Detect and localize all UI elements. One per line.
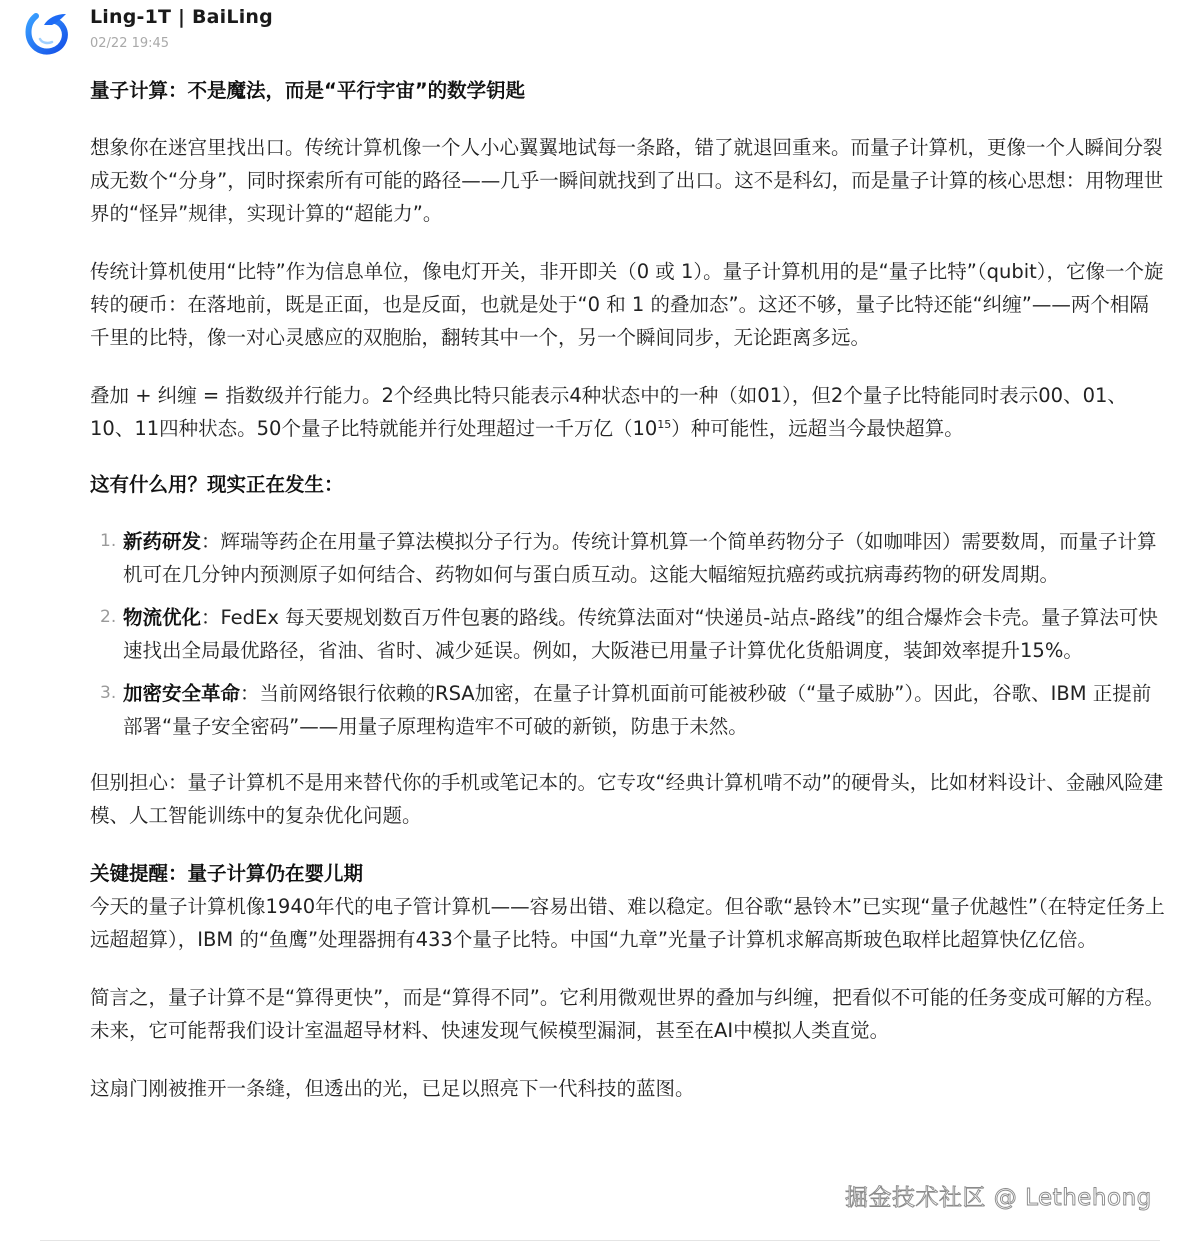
list-number: 3. [100, 677, 116, 710]
list-item-text: ：FedEx 每天要规划数百万件包裹的路线。传统算法面对“快递员-站点-路线”的… [123, 606, 1158, 662]
avatar[interactable] [22, 6, 72, 56]
summary-paragraph: 简言之，量子计算不是“算得更快”，而是“算得不同”。它利用微观世界的叠加与纠缠，… [90, 981, 1165, 1047]
watermark: 掘金技术社区 @ Lethehong [845, 1180, 1152, 1216]
list-item-title: 加密安全革命 [123, 682, 240, 705]
parallel-text-after: ）种可能性，远超当今最快超算。 [671, 417, 964, 440]
infancy-paragraph: 今天的量子计算机像1940年代的电子管计算机——容易出错、难以稳定。但谷歌“悬铃… [90, 890, 1165, 956]
list-item-title: 新药研发 [123, 530, 201, 553]
exponent: 15 [657, 418, 671, 431]
list-item-drug-discovery: 1. 新药研发：辉瑞等药企在用量子算法模拟分子行为。传统计算机算一个简单药物分子… [90, 525, 1165, 591]
message-header: Ling-1T | BaiLing 02/22 19:45 [90, 4, 273, 53]
list-item-logistics: 2. 物流优化：FedEx 每天要规划数百万件包裹的路线。传统算法面对“快递员-… [90, 601, 1165, 667]
list-item-title: 物流优化 [123, 606, 201, 629]
divider [40, 1240, 1160, 1241]
dont-worry-paragraph: 但别担心：量子计算机不是用来替代你的手机或笔记本的。它专攻“经典计算机啃不动”的… [90, 766, 1165, 832]
bailing-logo-icon [22, 6, 72, 56]
list-item-text: ：辉瑞等药企在用量子算法模拟分子行为。传统计算机算一个简单药物分子（如咖啡因）需… [123, 530, 1157, 586]
list-item-encryption: 3. 加密安全革命：当前网络银行依赖的RSA加密，在量子计算机面前可能被秒破（“… [90, 677, 1165, 743]
article-title: 量子计算：不是魔法，而是“平行宇宙”的数学钥匙 [90, 76, 1165, 106]
bits-paragraph: 传统计算机使用“比特”作为信息单位，像电灯开关，非开即关（0 或 1）。量子计算… [90, 255, 1165, 354]
message-content: 量子计算：不是魔法，而是“平行宇宙”的数学钥匙 想象你在迷宫里找出口。传统计算机… [90, 76, 1165, 1130]
list-item-text: ：当前网络银行依赖的RSA加密，在量子计算机面前可能被秒破（“量子威胁”）。因此… [123, 682, 1151, 738]
uses-list: 1. 新药研发：辉瑞等药企在用量子算法模拟分子行为。传统计算机算一个简单药物分子… [90, 525, 1165, 743]
list-number: 2. [100, 601, 116, 634]
sender-name: Ling-1T | BaiLing [90, 4, 273, 30]
parallel-text-before: 叠加 + 纠缠 = 指数级并行能力。2个经典比特只能表示4种状态中的一种（如01… [90, 384, 1127, 440]
timestamp: 02/22 19:45 [90, 35, 273, 53]
closing-paragraph: 这扇门刚被推开一条缝，但透出的光，已足以照亮下一代科技的蓝图。 [90, 1072, 1165, 1105]
infancy-heading: 关键提醒：量子计算仍在婴儿期 [90, 857, 1165, 890]
parallel-paragraph: 叠加 + 纠缠 = 指数级并行能力。2个经典比特只能表示4种状态中的一种（如01… [90, 379, 1165, 445]
chat-message: Ling-1T | BaiLing 02/22 19:45 量子计算：不是魔法，… [0, 0, 1191, 1245]
intro-paragraph: 想象你在迷宫里找出口。传统计算机像一个人小心翼翼地试每一条路，错了就退回重来。而… [90, 131, 1165, 230]
list-number: 1. [100, 525, 116, 558]
uses-heading: 这有什么用？现实正在发生： [90, 470, 1165, 500]
